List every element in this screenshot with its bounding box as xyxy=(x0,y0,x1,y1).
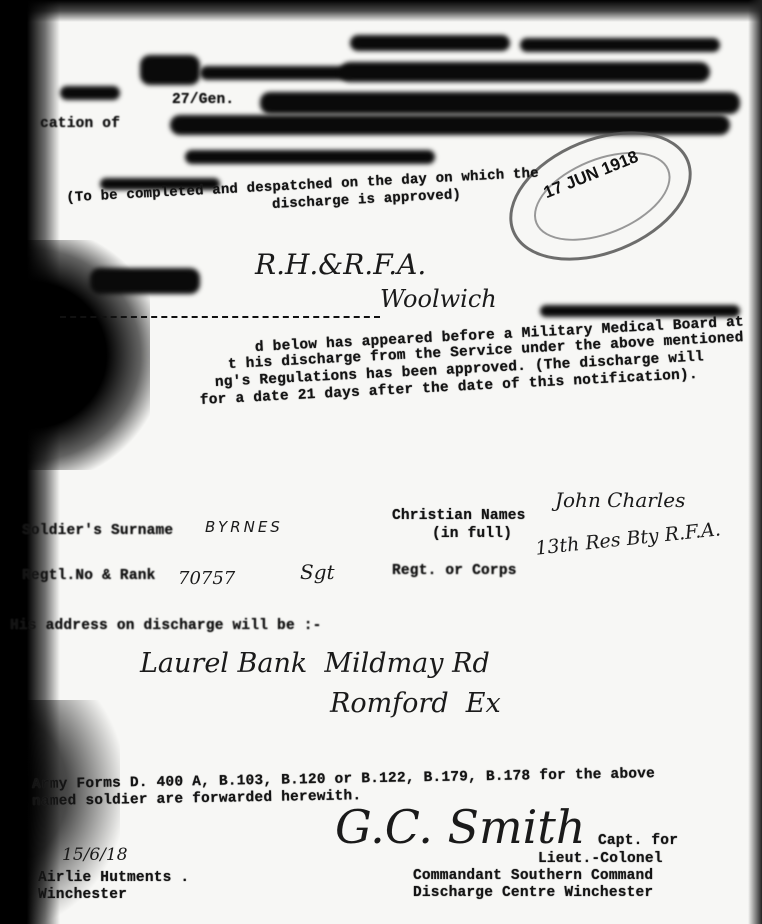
redaction-bar xyxy=(140,55,200,85)
signatory-line-4: Discharge Centre Winchester xyxy=(413,885,653,901)
header-ref-fragment: 27/Gen. xyxy=(172,92,234,108)
sender-line-2: Winchester xyxy=(38,887,127,903)
redaction-bar xyxy=(185,150,435,164)
scanned-document: 27/Gen. cation of 17 JUN 1918 (To be com… xyxy=(0,0,762,924)
address-line-1: Laurel Bank Mildmay Rd xyxy=(140,648,490,679)
christian-names-sub: (in full) xyxy=(432,526,512,542)
addressee-place: Woolwich xyxy=(380,285,497,313)
redaction-bar xyxy=(90,268,200,294)
address-line-2: Romford Ex xyxy=(330,688,501,719)
redaction-bar xyxy=(60,86,120,100)
divider-line xyxy=(60,316,380,318)
christian-names-value: John Charles xyxy=(555,488,685,512)
signature: G.C. Smith xyxy=(335,800,585,854)
scan-shadow-right xyxy=(748,0,762,924)
signatory-line-3: Commandant Southern Command xyxy=(413,868,653,884)
regtl-no-label: Regtl.No & Rank xyxy=(22,568,156,584)
signatory-line-1: Capt. for xyxy=(598,833,678,849)
redaction-bar xyxy=(200,66,350,80)
redaction-bar xyxy=(350,35,510,51)
address-label: His address on discharge will be :- xyxy=(10,618,322,634)
sender-line-1: Airlie Hutments . xyxy=(38,870,189,886)
redaction-bar xyxy=(520,38,720,52)
surname-label: Soldier's Surname xyxy=(22,523,173,539)
signatory-line-2: Lieut.-Colonel xyxy=(538,851,663,867)
sender-date: 15/6/18 xyxy=(62,845,128,865)
header-cation-fragment: cation of xyxy=(40,116,120,132)
regt-value: 13th Res Bty R.F.A. xyxy=(534,518,721,559)
surname-value: BYRNES xyxy=(205,518,283,536)
christian-names-label: Christian Names xyxy=(392,508,526,524)
redaction-bar xyxy=(340,62,710,82)
scan-shadow-top xyxy=(0,0,762,22)
redaction-bar xyxy=(260,92,740,114)
regt-label: Regt. or Corps xyxy=(392,563,517,579)
rank-value: Sgt xyxy=(300,560,335,584)
addressee-unit: R.H.&R.F.A. xyxy=(255,248,426,281)
regtl-no-value: 70757 xyxy=(178,568,235,589)
